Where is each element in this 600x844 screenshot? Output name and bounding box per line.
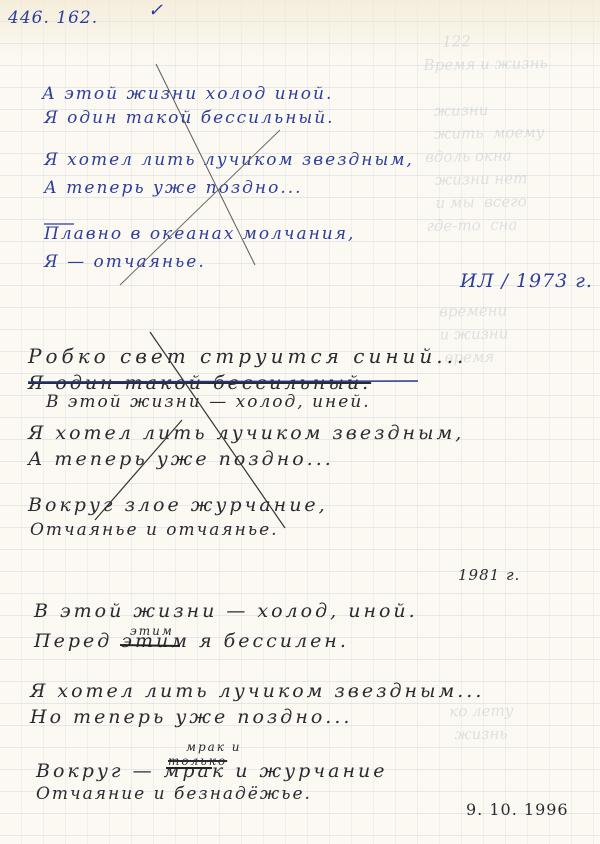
poem-line: Я хотел лить лучиком звездным,	[28, 422, 464, 444]
poem-line: Перед этим я бессилен.	[34, 630, 349, 652]
poem-line: Я один такой бессильный.	[44, 108, 335, 128]
archive-number: 446. 162.	[8, 8, 98, 28]
poem-line: Робко свет струится синий...	[28, 344, 467, 368]
bleed-through-text: ко лету жизнь	[440, 699, 514, 746]
inserted-word: мрак и	[186, 740, 242, 754]
poem-line: Я хотел лить лучиком звездным,	[44, 150, 414, 170]
struck-poem-line: Я один такой бессильный.	[28, 372, 371, 394]
poem-line: В этой жизни — холод, иной.	[34, 600, 418, 622]
manuscript-page: 122 Время и жизнь жизни жить моему вдоль…	[0, 0, 600, 844]
signature-1973: ИЛ / 1973 г.	[460, 270, 593, 292]
poem-line: Я хотел лить лучиком звездным...	[30, 680, 484, 702]
poem-line: Но теперь уже поздно...	[30, 706, 352, 728]
poem-line: Я — отчаянье.	[44, 252, 206, 272]
year-1981: 1981 г.	[458, 566, 520, 584]
date-1996: 9. 10. 1996	[466, 800, 569, 819]
bleed-through-text: 122 Время и жизнь жизни жить моему вдоль…	[418, 29, 550, 238]
check-mark-icon: ✓	[148, 0, 165, 21]
poem-line: Плавно в океанах молчания,	[44, 224, 355, 244]
poem-line: Отчаянье и отчаянье.	[30, 520, 279, 540]
poem-line: В этой жизни — холод, иней.	[46, 392, 371, 412]
poem-line: Вокруг злое журчание,	[28, 494, 328, 516]
poem-line: Отчаяние и безнадёжье.	[36, 784, 312, 804]
poem-line: Вокруг — мрак и журчание	[36, 760, 387, 782]
poem-line: А этой жизни холод иной.	[42, 84, 333, 104]
poem-line: А теперь уже поздно...	[44, 178, 303, 198]
poem-line: А теперь уже поздно...	[28, 448, 334, 470]
